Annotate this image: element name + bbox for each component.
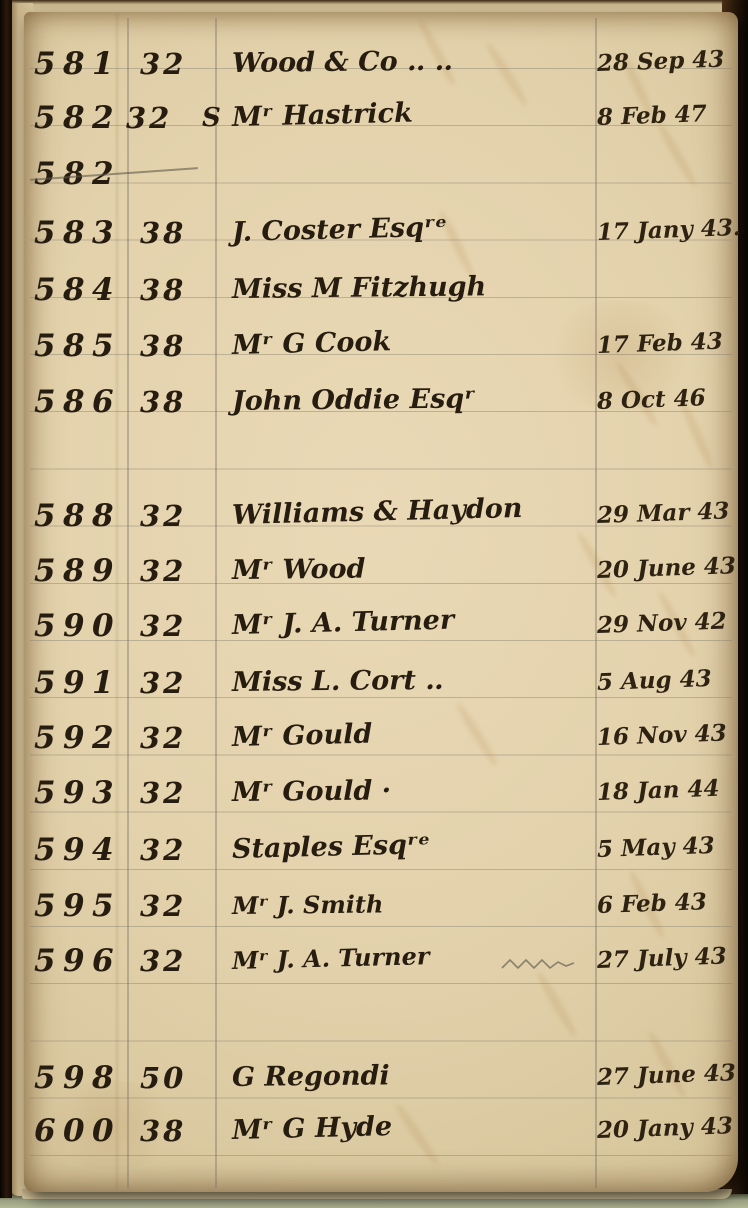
table-row: 598 50 G Regondi 27 June 43 xyxy=(0,1050,748,1106)
entry-name: Mʳ Gould xyxy=(231,707,373,766)
entry-date: 5 May 43 xyxy=(596,817,746,878)
entry-fee: 38 xyxy=(140,374,212,430)
entry-date: 16 Nov 43 xyxy=(596,705,746,766)
entry-date: 6 Feb 43 xyxy=(596,873,746,934)
entry-name: Wood & Co ‥ ‥ xyxy=(232,34,453,92)
entry-date: 20 June 43 xyxy=(596,538,746,599)
entry-fee: 32 xyxy=(140,822,212,878)
entry-annotation: S xyxy=(202,90,221,146)
entry-date: 29 Nov 42 xyxy=(596,593,746,654)
entry-name: Mʳ Wood xyxy=(232,542,366,599)
entry-name: Miss M Fitzhugh xyxy=(232,259,487,318)
entry-name: Mʳ Hastrick xyxy=(231,86,413,146)
entry-fee: 38 xyxy=(140,262,212,318)
entry-fee: 32 xyxy=(140,933,212,989)
table-row: 585 38 Mʳ G Cook 17 Feb 43 xyxy=(0,318,748,374)
entry-name: Miss L. Cort ‥ xyxy=(232,653,444,711)
entry-name: J. Coster Esqʳᵉ xyxy=(231,200,448,261)
entry-fee: 32 xyxy=(140,878,212,934)
entry-date: 29 Mar 43 xyxy=(596,483,746,544)
table-row: 596 32 Mʳ J. A. Turner 27 July 43 xyxy=(0,933,748,989)
entry-name: Mʳ J. A. Turner xyxy=(231,593,454,654)
pencil-squiggle-mark xyxy=(500,955,576,973)
table-row: 588 32 Williams & Haydon 29 Mar 43 xyxy=(0,488,748,544)
entry-fee: 32 xyxy=(140,655,212,711)
table-row: 589 32 Mʳ Wood 20 June 43 xyxy=(0,543,748,599)
entry-date: 8 Feb 47 xyxy=(596,85,746,146)
entry-date: 20 Jany 43 xyxy=(596,1098,746,1159)
entry-date: 28 Sep 43 xyxy=(596,31,746,92)
entry-fee: 32 xyxy=(140,488,212,544)
table-row: 600 38 Mʳ G Hyde 20 Jany 43 xyxy=(0,1103,748,1159)
table-row: 581 32 Wood & Co ‥ ‥ 28 Sep 43 xyxy=(0,36,748,92)
entry-date: 27 June 43 xyxy=(596,1045,746,1106)
entry-name: Mʳ J. A. Turner xyxy=(231,928,430,989)
entry-fee: 32 xyxy=(140,543,212,599)
entry-fee: 32 xyxy=(140,710,212,766)
entry-name: Mʳ J. Smith xyxy=(232,876,384,934)
entry-fee: 32 xyxy=(140,36,212,92)
entry-name: Mʳ Gould · xyxy=(232,763,392,821)
entry-fee: 32 xyxy=(140,765,212,821)
entry-date: 17 Jany 43. xyxy=(596,200,746,261)
entry-name: Staples Esqʳᵉ xyxy=(231,817,431,878)
entry-fee: 32 xyxy=(140,598,212,654)
entry-name: Mʳ G Hyde xyxy=(231,1099,392,1159)
table-row: 586 38 John Oddie Esqʳ 8 Oct 46 xyxy=(0,374,748,430)
table-row: 583 38 J. Coster Esqʳᵉ 17 Jany 43. xyxy=(0,205,748,261)
entry-name: G Regondi xyxy=(232,1048,390,1106)
entry-name: Mʳ G Cook xyxy=(231,314,391,374)
table-row: 582 xyxy=(0,146,748,202)
table-row: 592 32 Mʳ Gould 16 Nov 43 xyxy=(0,710,748,766)
entry-fee: 32 xyxy=(126,90,198,146)
entry-date: 18 Jan 44 xyxy=(596,760,746,821)
table-row: 594 32 Staples Esqʳᵉ 5 May 43 xyxy=(0,822,748,878)
entry-fee: 38 xyxy=(140,318,212,374)
table-row: 590 32 Mʳ J. A. Turner 29 Nov 42 xyxy=(0,598,748,654)
table-row: 593 32 Mʳ Gould · 18 Jan 44 xyxy=(0,765,748,821)
table-row: 582 32 S Mʳ Hastrick 8 Feb 47 xyxy=(0,90,748,146)
entry-date: 8 Oct 46 xyxy=(596,369,746,430)
entry-fee: 50 xyxy=(140,1050,212,1106)
entry-date: 27 July 43 xyxy=(596,928,746,989)
table-row: 595 32 Mʳ J. Smith 6 Feb 43 xyxy=(0,878,748,934)
entry-fee: 38 xyxy=(140,205,212,261)
ledger-photo: 581 32 Wood & Co ‥ ‥ 28 Sep 43 582 32 S … xyxy=(0,0,748,1208)
entry-fee: 38 xyxy=(140,1103,212,1159)
entry-name: Williams & Haydon xyxy=(231,481,523,544)
table-row: 584 38 Miss M Fitzhugh xyxy=(0,262,748,318)
entry-date: 17 Feb 43 xyxy=(596,313,746,374)
table-row: 591 32 Miss L. Cort ‥ 5 Aug 43 xyxy=(0,655,748,711)
entry-date: 5 Aug 43 xyxy=(596,650,746,711)
entry-name: John Oddie Esqʳ xyxy=(232,371,476,430)
